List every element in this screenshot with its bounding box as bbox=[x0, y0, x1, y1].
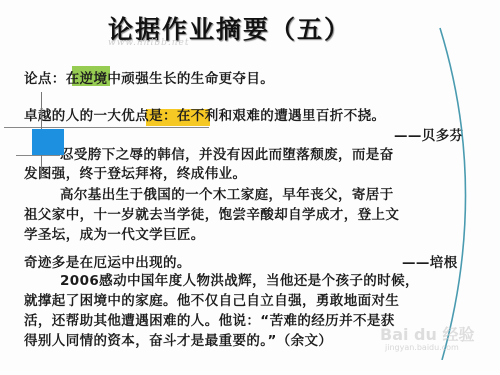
thesis-label: 论点： bbox=[24, 71, 66, 87]
para2-line2: 祖父家中，十一岁就去当学徒，饱尝辛酸却自学成才，登上文 bbox=[24, 203, 399, 223]
para1-line2: 发图强，终于登坛拜将，终成伟业。 bbox=[24, 162, 246, 182]
annotation-hline-top bbox=[4, 127, 209, 128]
para3-line1: 2006感动中国年度人物洪战辉，当他还是个孩子的时候， bbox=[60, 269, 419, 289]
watermark-top: www.nhibb.net bbox=[108, 38, 190, 48]
slide-page: 论据作业摘要（五） www.nhibb.net 论点：在逆境中顽强生长的生命更夺… bbox=[0, 0, 500, 375]
para3-line4: 得别人同情的资本，奋斗才是最重要的。”（余文） bbox=[24, 329, 332, 349]
para3-line2: 就撑起了困境中的家庭。他不仅自己自立自强，勇敢地面对生 bbox=[24, 289, 399, 309]
quote1-text: 卓越的人的一大优点是：在不利和艰难的遭遇里百折不挠。 bbox=[24, 104, 385, 124]
quote2-text: 奇迹多是在厄运中出现的。 bbox=[24, 251, 191, 271]
para1-line1: 忍受胯下之辱的韩信，并没有因此而堕落颓废，而是奋 bbox=[60, 143, 394, 163]
teal-arc-annotation bbox=[420, 20, 480, 360]
para2-line3: 学圣坛，成为一代文学巨匠。 bbox=[24, 223, 205, 243]
para2-line1: 高尔基出生于俄国的一个木工家庭，早年丧父，寄居于 bbox=[60, 183, 394, 203]
annotation-hline-bottom bbox=[16, 155, 60, 156]
blue-annotation-box bbox=[32, 129, 64, 155]
para3-line3: 活，还帮助其他遭遇困难的人。他说：“苦难的经历并不是获 bbox=[24, 309, 395, 329]
thesis-text: 在逆境中顽强生长的生命更夺目。 bbox=[66, 71, 275, 87]
baidu-watermark: Bai du 经验 bbox=[380, 322, 474, 345]
baidu-watermark-url: jingyan.baidu.com bbox=[385, 343, 459, 352]
thesis-line: 论点：在逆境中顽强生长的生命更夺目。 bbox=[24, 67, 274, 87]
